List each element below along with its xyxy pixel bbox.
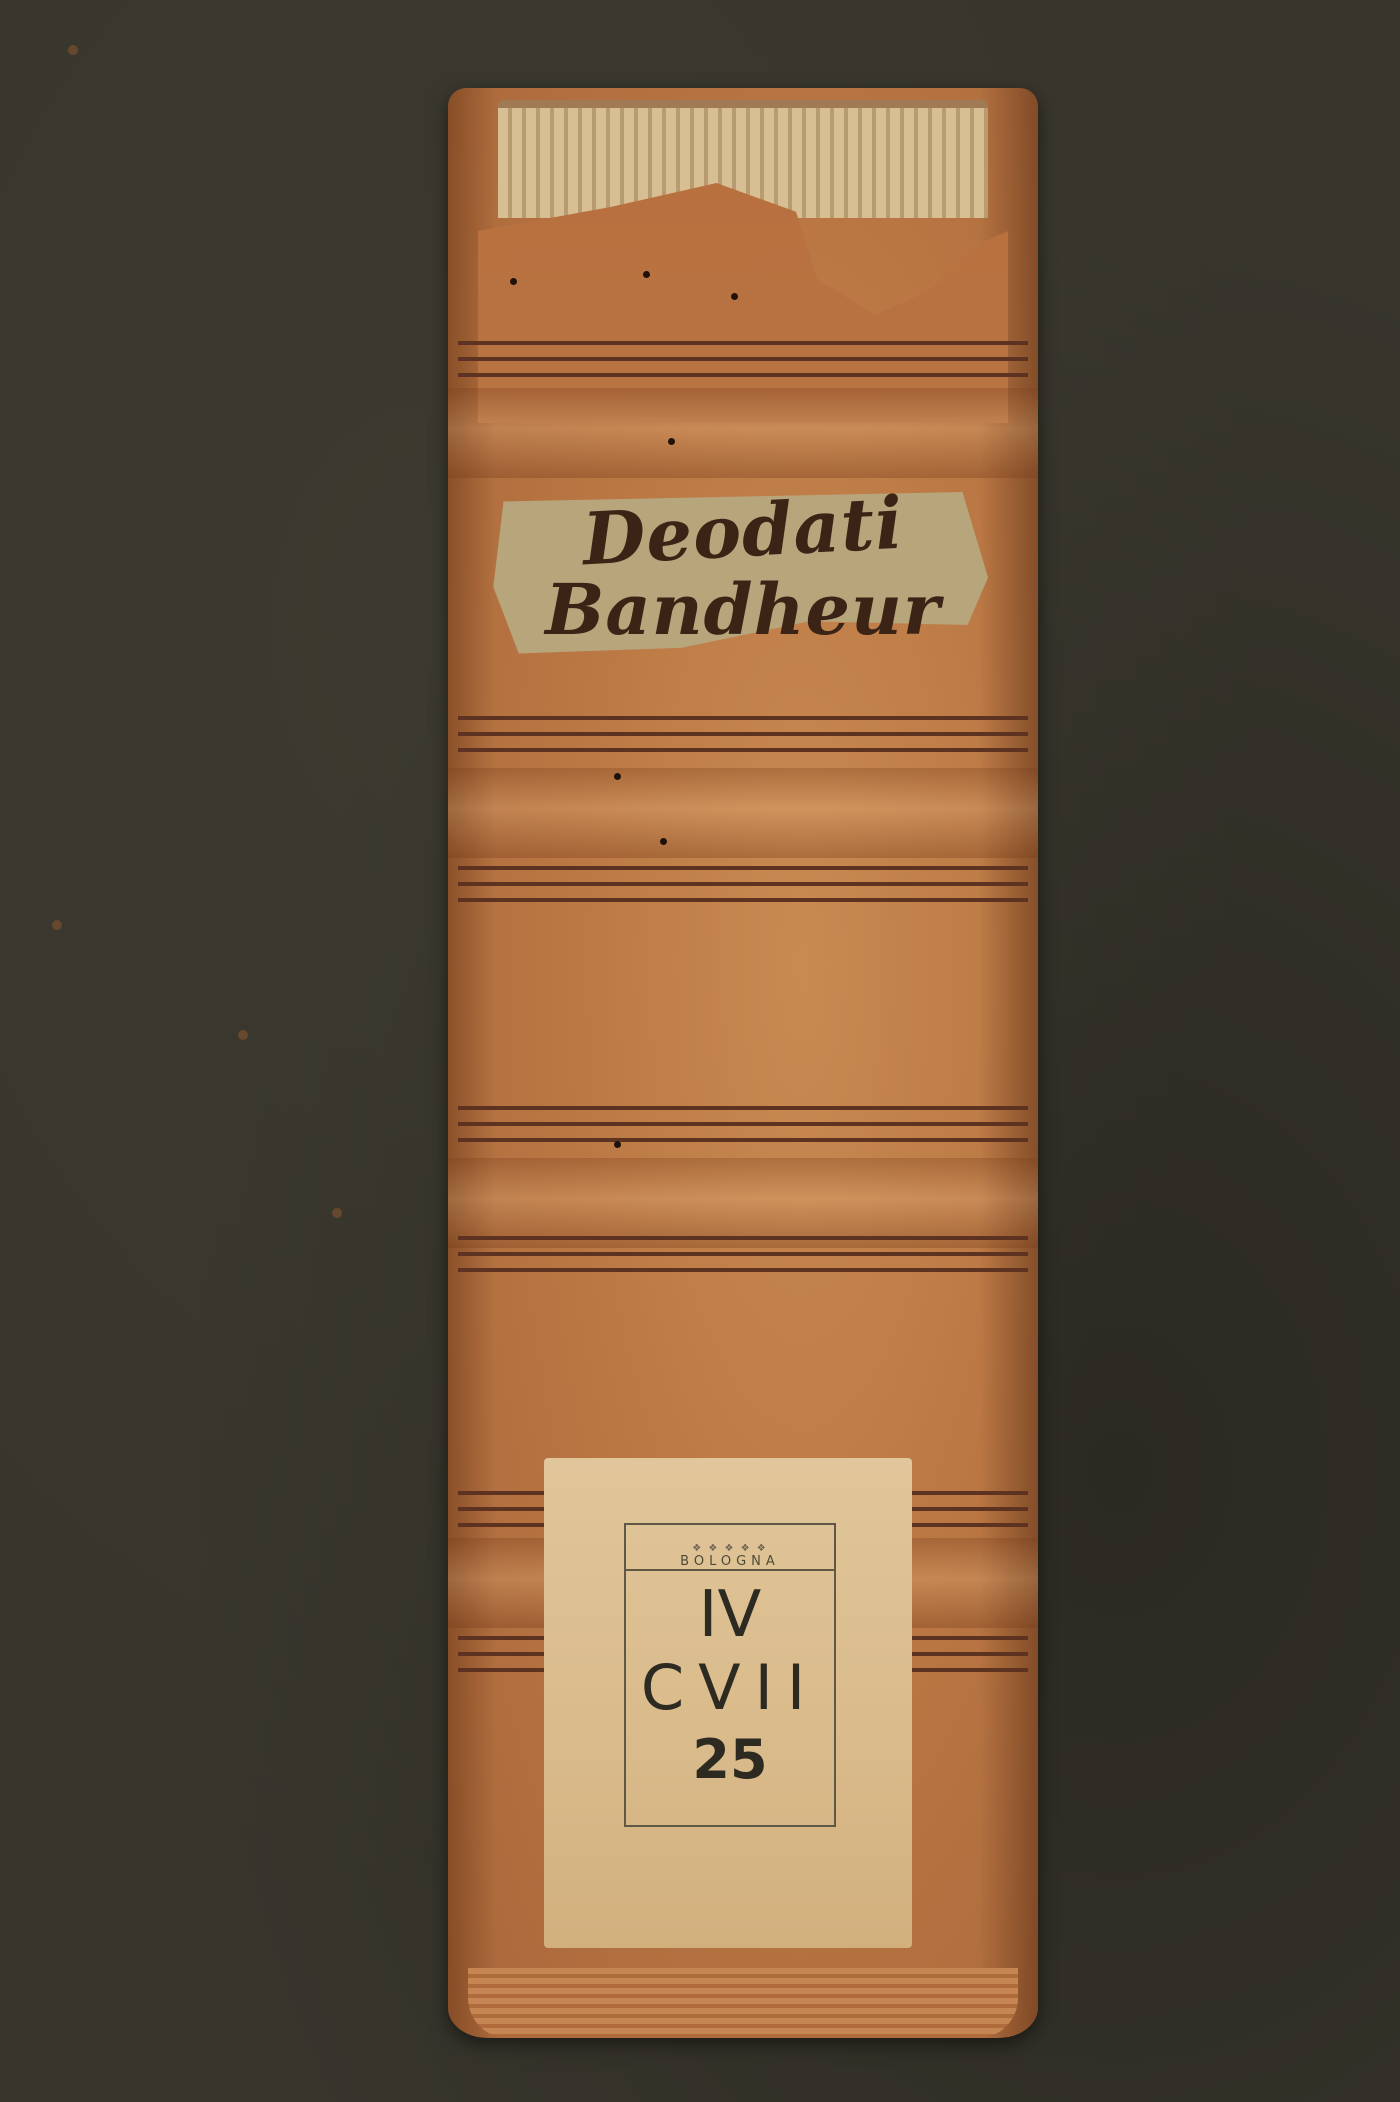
wormhole [731, 293, 738, 300]
stamp-ornament: ❖ ❖ ❖ ❖ ❖ [692, 1543, 768, 1554]
raised-band [448, 388, 1038, 478]
wormhole [614, 1141, 621, 1148]
raised-band-lines [458, 1098, 1028, 1154]
background-speck [238, 1030, 248, 1040]
shelfmark-label: ❖ ❖ ❖ ❖ ❖ BOLOGNA IV CVII 25 [544, 1458, 912, 1948]
stamp-header: ❖ ❖ ❖ ❖ ❖ BOLOGNA [626, 1525, 834, 1571]
wormhole [660, 838, 667, 845]
library-stamp: ❖ ❖ ❖ ❖ ❖ BOLOGNA IV CVII 25 [624, 1523, 836, 1827]
raised-band-lines [458, 1228, 1028, 1284]
raised-band-lines [458, 708, 1028, 764]
shelfmark-line-3: 25 [626, 1733, 834, 1787]
background-speck [68, 45, 78, 55]
shelfmark-line-2: CVII [626, 1657, 834, 1719]
title-line-2: Bandheur [448, 568, 1038, 651]
wormhole [614, 773, 621, 780]
raised-band-lines [458, 858, 1028, 914]
wormhole [668, 438, 675, 445]
stamp-city: BOLOGNA [680, 1554, 780, 1569]
raised-band [448, 768, 1038, 858]
wormhole [643, 271, 650, 278]
book-spine: Deodati Bandheur ❖ ❖ ❖ ❖ ❖ BOLOGNA IV CV… [448, 88, 1038, 2038]
wormhole [510, 278, 517, 285]
shelfmark-line-1: IV [626, 1583, 834, 1647]
raised-band-lines [458, 333, 1028, 389]
background-speck [52, 920, 62, 930]
spine-tail [468, 1968, 1018, 2038]
background-speck [332, 1208, 342, 1218]
